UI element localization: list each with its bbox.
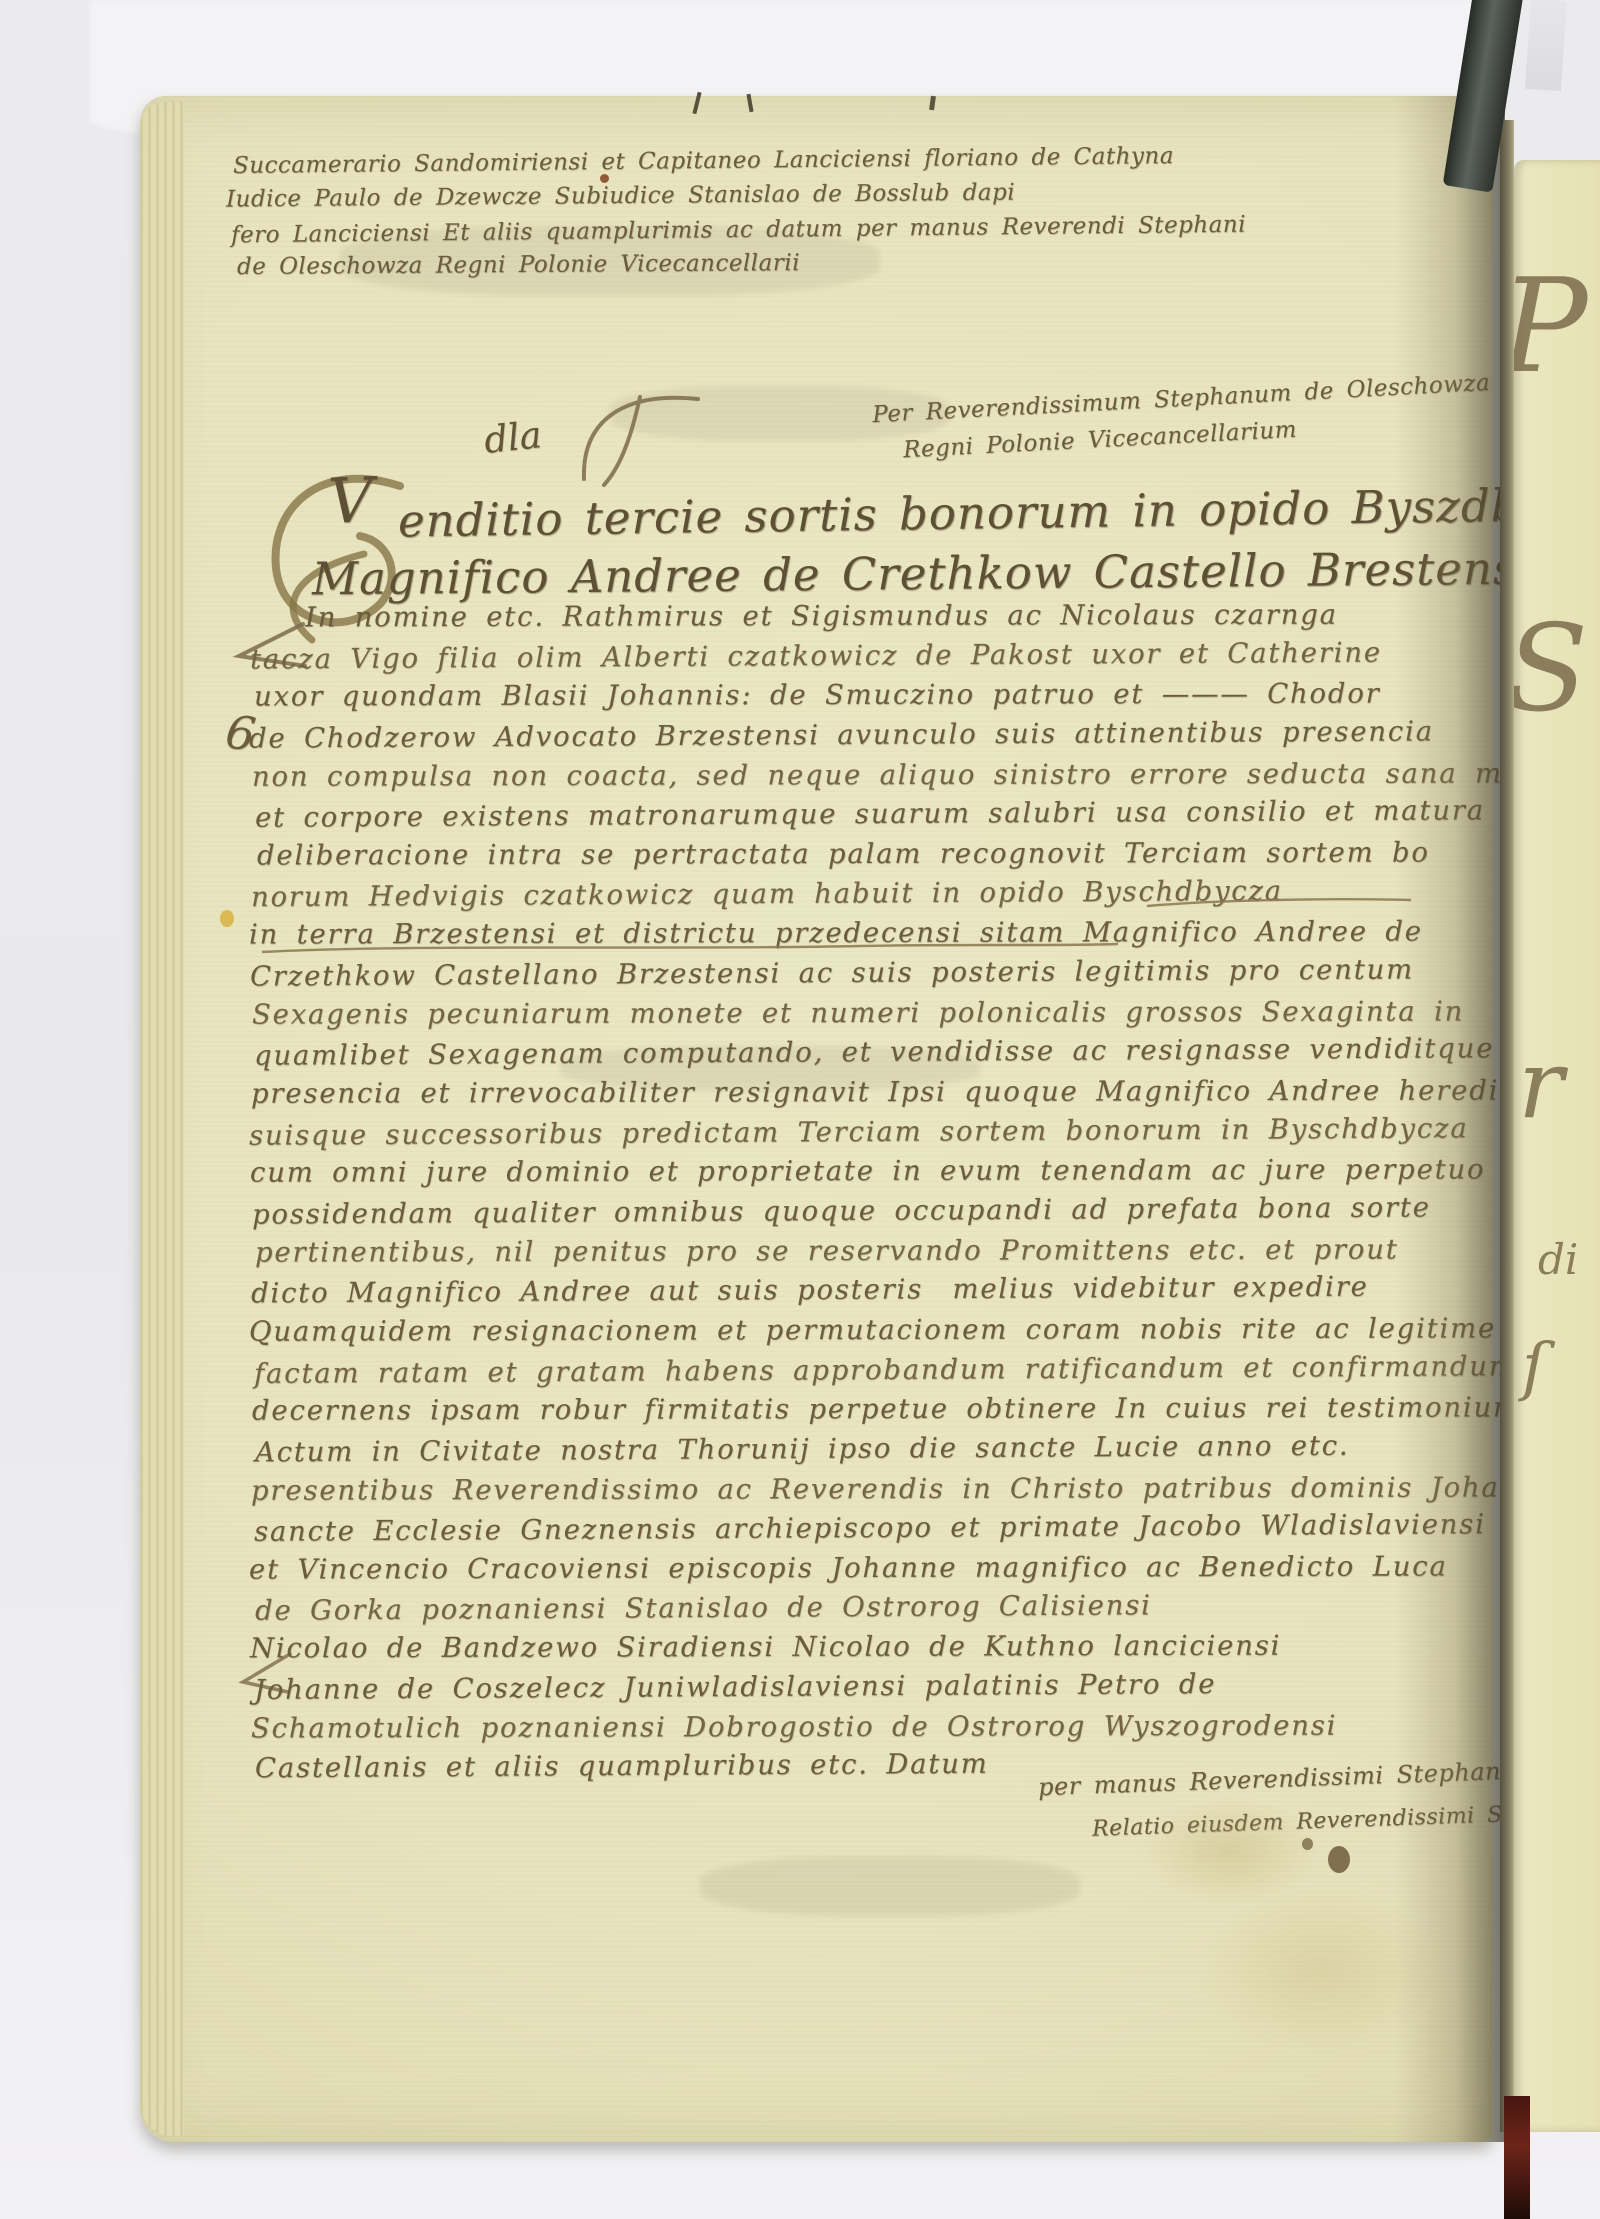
body-line: Actum in Civitate nostra Thorunij ipso d… (255, 1430, 1350, 1469)
body-line: et corpore existens matronarumque suarum… (255, 794, 1485, 834)
body-line: tacza Vigo filia olim Alberti czatkowicz… (250, 637, 1382, 676)
body-line: Sexagenis pecuniarum monete et numeri po… (252, 995, 1464, 1030)
facing-script-fragment: r (1518, 1030, 1563, 1140)
stain (600, 174, 609, 183)
facing-page: P S r di ſ (1514, 160, 1600, 2132)
body-line: cum omni jure dominio et proprietate in … (250, 1153, 1485, 1188)
protective-film (1525, 0, 1567, 91)
facing-script-fragment: P (1514, 250, 1587, 402)
manuscript-photo: Succamerario Sandomiriensi et Capitaneo … (0, 0, 1600, 2219)
body-line: factam ratam et gratam habens approbandu… (254, 1350, 1517, 1390)
facing-script-fragment: di (1538, 1235, 1578, 1284)
body-line: Schamotulich poznaniensi Dobrogostio de … (251, 1710, 1337, 1745)
body-line: In nomine etc. Rathmirus et Sigismundus … (305, 599, 1338, 634)
heading-line-2: Magnifico Andree de Crethkow Castello Br… (312, 542, 1533, 606)
body-line: et Vincencio Cracoviensi episcopis Johan… (249, 1550, 1448, 1585)
body-line: Castellanis et aliis quampluribus etc. D… (255, 1748, 989, 1784)
body-line: Quamquidem resignacionem et permutacione… (249, 1312, 1496, 1347)
body-line: Johanne de Coszelecz Juniwladislaviensi … (254, 1668, 1216, 1706)
relation-note-line: Regni Polonie Vicecancellarium (903, 417, 1298, 464)
body-line: possidendam qualiter omnibus quoque occu… (252, 1191, 1431, 1230)
marginal-note-dla: dla (482, 413, 544, 462)
header-line: Succamerario Sandomiriensi et Capitaneo … (233, 143, 1174, 179)
body-line: Crzethkow Castellano Brzestensi ac suis … (250, 953, 1414, 992)
body-line: de Gorka poznaniensi Stanislao de Ostror… (255, 1589, 1152, 1626)
page-fore-edge (140, 102, 184, 2136)
header-line: Iudice Paulo de Dzewcze Subiudice Stanis… (226, 180, 1015, 213)
body-line: presencia et irrevocabiliter resignavit … (251, 1074, 1554, 1109)
body-line: uxor quondam Blasii Johannis: de Smuczin… (254, 678, 1381, 713)
stain (220, 910, 234, 927)
trimmed-stroke (929, 96, 936, 111)
body-line: presentibus Reverendissimo ac Reverendis… (251, 1471, 1557, 1506)
heading-initial: V (327, 463, 375, 538)
manuscript-page: Succamerario Sandomiriensi et Capitaneo … (140, 96, 1492, 2142)
facing-script-fragment: ſ (1522, 1330, 1546, 1404)
header-line: fero Lanciciensi Et aliis quamplurimis a… (231, 212, 1246, 249)
body-line: dicto Magnifico Andree aut suis posteris… (251, 1271, 1369, 1310)
body-line: norum Hedvigis czatkowicz quam habuit in… (251, 875, 1283, 913)
body-line: Nicolao de Bandzewo Siradiensi Nicolao d… (250, 1630, 1281, 1665)
body-line: sancte Ecclesie Gneznensis archiepiscopo… (254, 1508, 1486, 1548)
underline-stroke (260, 940, 1120, 956)
trimmed-stroke (692, 92, 701, 114)
ink-blot (1302, 1838, 1313, 1850)
paraph-flourish (578, 383, 718, 493)
header-line: de Oleschowza Regni Polonie Vicecancella… (237, 250, 800, 280)
gutter-line (1500, 120, 1514, 2132)
gutter-shadow (1395, 96, 1505, 2142)
ink-showthrough (700, 1856, 1080, 1916)
ink-blot (1328, 1846, 1350, 1873)
body-line: pertinentibus, nil penitus pro se reserv… (255, 1234, 1399, 1269)
body-line: de Chodzerow Advocato Brzestensi avuncul… (249, 715, 1434, 754)
body-line: deliberacione intra se pertractata palam… (257, 836, 1430, 871)
facing-script-fragment: S (1514, 600, 1588, 739)
body-line: decernens ipsam robur firmitatis perpetu… (252, 1391, 1521, 1426)
binding-cover-edge (1504, 2096, 1530, 2219)
underline-stroke (1145, 896, 1413, 910)
body-line: quamlibet Sexagenam computando, et vendi… (254, 1032, 1494, 1072)
body-line: suisque successoribus predictam Terciam … (249, 1112, 1469, 1151)
trimmed-stroke (746, 94, 753, 112)
body-line: non compulsa non coacta, sed neque aliqu… (252, 757, 1571, 792)
